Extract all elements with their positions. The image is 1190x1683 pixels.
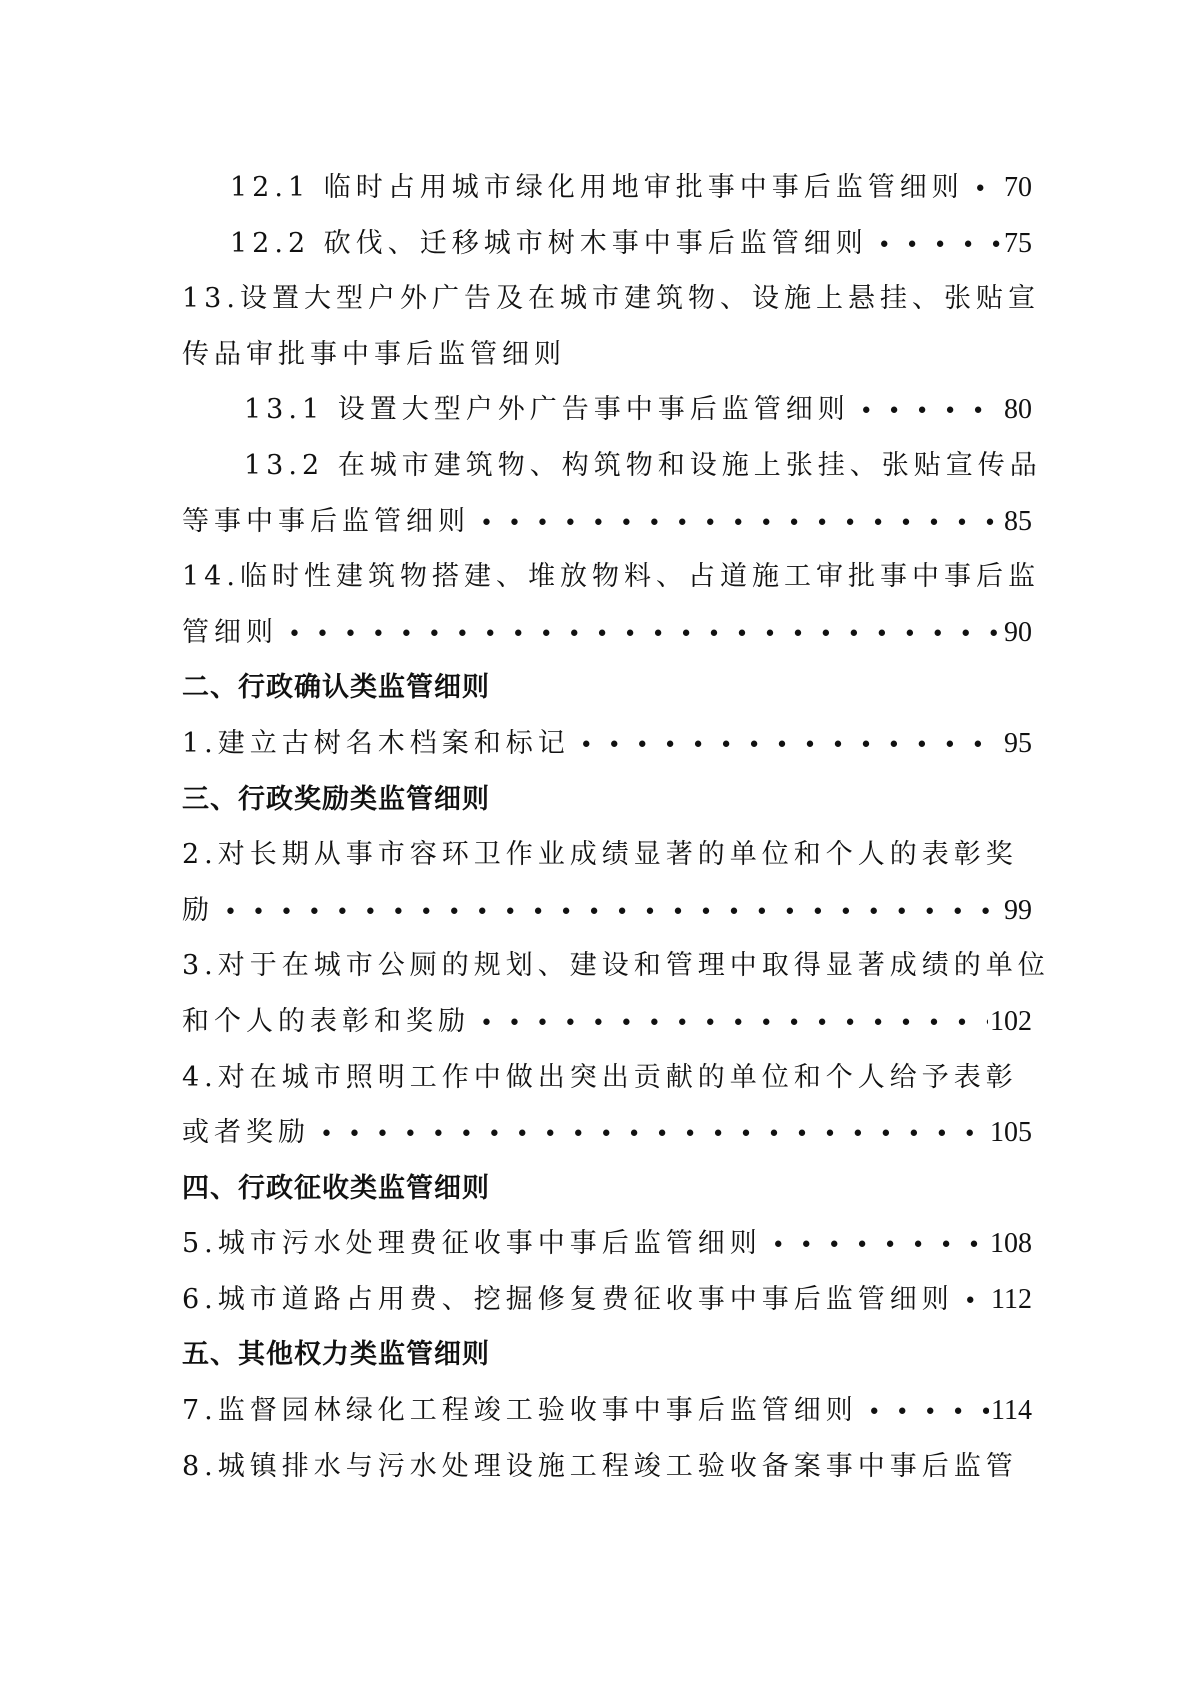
dot-leader <box>320 1107 988 1163</box>
toc-entry-title: 励 <box>182 883 214 939</box>
toc-entry-3-cont[interactable]: 和个人的表彰和奖励 102 <box>182 994 1032 1050</box>
toc-entry-title: 13.1 设置大型户外广告事中事后监管细则 <box>244 382 850 438</box>
toc-page-number: 112 <box>991 1272 1032 1328</box>
toc-entry-2[interactable]: 2.对长期从事市容环卫作业成绩显著的单位和个人的表彰奖 <box>182 827 1032 883</box>
toc-page-number: 75 <box>1004 216 1032 272</box>
toc-entry-13-2[interactable]: 13.2 在城市建筑物、构筑物和设施上张挂、张贴宣传品 <box>182 438 1032 494</box>
dot-leader <box>878 218 1002 274</box>
toc-entry-8[interactable]: 8.城镇排水与污水处理设施工程竣工验收备案事中事后监管 <box>182 1439 1032 1495</box>
toc-entry-title: 7.监督园林绿化工程竣工验收事中事后监管细则 <box>182 1383 858 1439</box>
section-heading-3: 三、行政奖励类监管细则 <box>182 772 1032 828</box>
dot-leader <box>224 885 1002 941</box>
toc-entry-title: 13.设置大型户外广告及在城市建筑物、设施上悬挂、张贴宣 <box>182 271 1040 327</box>
toc-entry-12-2[interactable]: 12.2 砍伐、迁移城市树木事中事后监管细则 75 <box>182 216 1032 272</box>
section-heading-5: 五、其他权力类监管细则 <box>182 1327 1032 1383</box>
toc-page-number: 108 <box>990 1216 1032 1272</box>
section-heading-2: 二、行政确认类监管细则 <box>182 660 1032 716</box>
toc-entry-5[interactable]: 5.城市污水处理费征收事中事后监管细则 108 <box>182 1216 1032 1272</box>
toc-entry-title: 2.对长期从事市容环卫作业成绩显著的单位和个人的表彰奖 <box>182 827 1018 883</box>
toc-entry-title: 4.对在城市照明工作中做出突出贡献的单位和个人给予表彰 <box>182 1050 1018 1106</box>
toc-entry-title: 1.建立古树名木档案和标记 <box>182 716 570 772</box>
toc-entry-14-cont[interactable]: 管细则 90 <box>182 605 1032 661</box>
toc-page-number: 70 <box>1004 160 1032 216</box>
toc-entry-13-1[interactable]: 13.1 设置大型户外广告事中事后监管细则 80 <box>182 382 1032 438</box>
dot-leader <box>480 496 1002 552</box>
toc-entry-2-cont[interactable]: 励 99 <box>182 883 1032 939</box>
toc-page-number: 102 <box>990 994 1032 1050</box>
toc-entry-13-cont[interactable]: 传品审批事中事后监管细则 <box>182 327 1032 383</box>
toc-entry-title: 传品审批事中事后监管细则 <box>182 327 566 383</box>
table-of-contents: 12.1 临时占用城市绿化用地审批事中事后监管细则 70 12.2 砍伐、迁移城… <box>182 160 1032 1494</box>
section-heading-4: 四、行政征收类监管细则 <box>182 1161 1032 1217</box>
toc-page-number: 114 <box>991 1383 1032 1439</box>
toc-page-number: 105 <box>990 1105 1032 1161</box>
toc-entry-title: 5.城市污水处理费征收事中事后监管细则 <box>182 1216 762 1272</box>
toc-entry-title: 等事中事后监管细则 <box>182 494 470 550</box>
toc-entry-title: 12.2 砍伐、迁移城市树木事中事后监管细则 <box>230 216 868 272</box>
toc-entry-title: 或者奖励 <box>182 1105 310 1161</box>
toc-page-number: 99 <box>1004 883 1032 939</box>
section-heading-text: 三、行政奖励类监管细则 <box>182 772 490 828</box>
toc-entry-14[interactable]: 14.临时性建筑物搭建、堆放物料、占道施工审批事中事后监 <box>182 549 1032 605</box>
toc-entry-title: 13.2 在城市建筑物、构筑物和设施上张挂、张贴宣传品 <box>244 438 1042 494</box>
toc-entry-4-cont[interactable]: 或者奖励 105 <box>182 1105 1032 1161</box>
dot-leader <box>964 1274 989 1330</box>
toc-entry-title: 12.1 临时占用城市绿化用地审批事中事后监管细则 <box>230 160 964 216</box>
toc-entry-title: 管细则 <box>182 605 278 661</box>
dot-leader <box>974 162 1002 218</box>
dot-leader <box>868 1385 989 1441</box>
toc-entry-title: 和个人的表彰和奖励 <box>182 994 470 1050</box>
toc-entry-6[interactable]: 6.城市道路占用费、挖掘修复费征收事中事后监管细则 112 <box>182 1272 1032 1328</box>
toc-entry-title: 14.临时性建筑物搭建、堆放物料、占道施工审批事中事后监 <box>182 549 1040 605</box>
toc-entry-7[interactable]: 7.监督园林绿化工程竣工验收事中事后监管细则 114 <box>182 1383 1032 1439</box>
toc-page-number: 85 <box>1004 494 1032 550</box>
toc-entry-title: 6.城市道路占用费、挖掘修复费征收事中事后监管细则 <box>182 1272 954 1328</box>
toc-entry-13-2-cont[interactable]: 等事中事后监管细则 85 <box>182 494 1032 550</box>
toc-page-number: 95 <box>1004 716 1032 772</box>
dot-leader <box>480 996 988 1052</box>
dot-leader <box>580 718 1002 774</box>
dot-leader <box>288 607 1002 663</box>
toc-entry-title: 8.城镇排水与污水处理设施工程竣工验收备案事中事后监管 <box>182 1439 1018 1495</box>
dot-leader <box>860 384 1002 440</box>
toc-entry-13[interactable]: 13.设置大型户外广告及在城市建筑物、设施上悬挂、张贴宣 <box>182 271 1032 327</box>
toc-entry-12-1[interactable]: 12.1 临时占用城市绿化用地审批事中事后监管细则 70 <box>182 160 1032 216</box>
section-heading-text: 五、其他权力类监管细则 <box>182 1327 490 1383</box>
dot-leader <box>772 1218 988 1274</box>
toc-entry-1[interactable]: 1.建立古树名木档案和标记 95 <box>182 716 1032 772</box>
toc-entry-title: 3.对于在城市公厕的规划、建设和管理中取得显著成绩的单位 <box>182 938 1050 994</box>
toc-page-number: 80 <box>1004 382 1032 438</box>
toc-entry-4[interactable]: 4.对在城市照明工作中做出突出贡献的单位和个人给予表彰 <box>182 1050 1032 1106</box>
toc-entry-3[interactable]: 3.对于在城市公厕的规划、建设和管理中取得显著成绩的单位 <box>182 938 1032 994</box>
toc-page-number: 90 <box>1004 605 1032 661</box>
section-heading-text: 二、行政确认类监管细则 <box>182 660 490 716</box>
section-heading-text: 四、行政征收类监管细则 <box>182 1161 490 1217</box>
